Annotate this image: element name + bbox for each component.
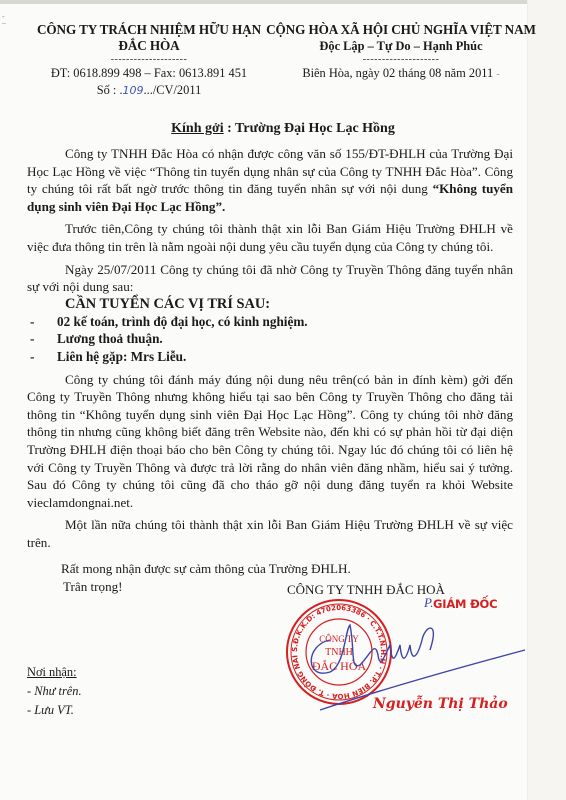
ref-prefix: Số : .: [97, 83, 123, 97]
ref-number-handwritten: 109: [123, 84, 144, 97]
paragraph-2: Trước tiên,Công ty chúng tôi thành thật …: [27, 220, 513, 255]
sender-header: CÔNG TY TRÁCH NHIỆM HỮU HẠN ĐẮC HÒA ----…: [24, 22, 274, 99]
recipient-item: - Như trên.: [27, 682, 82, 701]
national-header: CỘNG HÒA XÃ HỘI CHỦ NGHĨA VIỆT NAM Độc L…: [266, 22, 536, 83]
paragraph-5: Một lần nữa chúng tôi thành thật xin lỗi…: [27, 516, 513, 551]
letter-body: Công ty TNHH Đắc Hòa có nhận được công v…: [27, 145, 513, 596]
ref-suffix: .../CV/2011: [144, 83, 202, 97]
header-separator: --------------------: [24, 55, 274, 65]
salutation-recipient: : Trường Đại Học Lạc Hồng: [224, 121, 395, 136]
salutation-label: Kính gởi: [171, 121, 224, 136]
company-name-line1: CÔNG TY TRÁCH NHIỆM HỮU HẠN: [24, 22, 274, 38]
signer-name: Nguyễn Thị Thảo: [373, 696, 508, 712]
scan-mark: -–: [2, 14, 6, 26]
paragraph-1: Công ty TNHH Đắc Hòa có nhận được công v…: [27, 145, 513, 215]
list-item: 02 kế toán, trình độ đại học, có kinh ng…: [27, 313, 513, 331]
scan-tick-mark: -: [496, 69, 499, 80]
signature-company: CÔNG TY TNHH ĐẮC HOÀ: [287, 582, 445, 598]
recipients-label: Nơi nhận:: [27, 663, 82, 682]
list-item: Liên hệ gặp: Mrs Liễu.: [27, 348, 513, 366]
salutation: Kính gởi : Trường Đại Học Lạc Hồng: [0, 121, 566, 137]
paragraph-3: Ngày 25/07/2011 Công ty chúng tôi đã nhờ…: [27, 261, 513, 296]
place-date: Biên Hòa, ngày 02 tháng 08 năm 2011 -: [266, 65, 536, 83]
letter-page: -– CÔNG TY TRÁCH NHIỆM HỮU HẠN ĐẮC HÒA -…: [0, 0, 566, 800]
recipient-item: - Lưu VT.: [27, 701, 82, 720]
signer-title: GIÁM ĐỐC: [433, 597, 497, 611]
reference-number: Số : .109.../CV/2011: [24, 82, 274, 99]
nation-motto: Độc Lập – Tự Do – Hạnh Phúc: [266, 38, 536, 54]
company-name-line2: ĐẮC HÒA: [24, 38, 274, 54]
positions-list: 02 kế toán, trình độ đại học, có kinh ng…: [27, 313, 513, 366]
positions-heading: CẦN TUYỂN CÁC VỊ TRÍ SAU:: [27, 296, 513, 313]
nation-title: CỘNG HÒA XÃ HỘI CHỦ NGHĨA VIỆT NAM: [266, 22, 536, 38]
header-separator-right: --------------------: [266, 55, 536, 65]
recipients-block: Nơi nhận: - Như trên. - Lưu VT.: [27, 663, 82, 720]
closing-line-1: Rất mong nhận được sự cảm thông của Trườ…: [61, 560, 513, 578]
place-date-text: Biên Hòa, ngày 02 tháng 08 năm 2011: [302, 66, 493, 80]
list-item: Lương thoả thuận.: [27, 330, 513, 348]
company-contact: ĐT: 0618.899 498 – Fax: 0613.891 451: [24, 65, 274, 82]
paragraph-4: Công ty chúng tôi đánh máy đúng nội dung…: [27, 371, 513, 512]
